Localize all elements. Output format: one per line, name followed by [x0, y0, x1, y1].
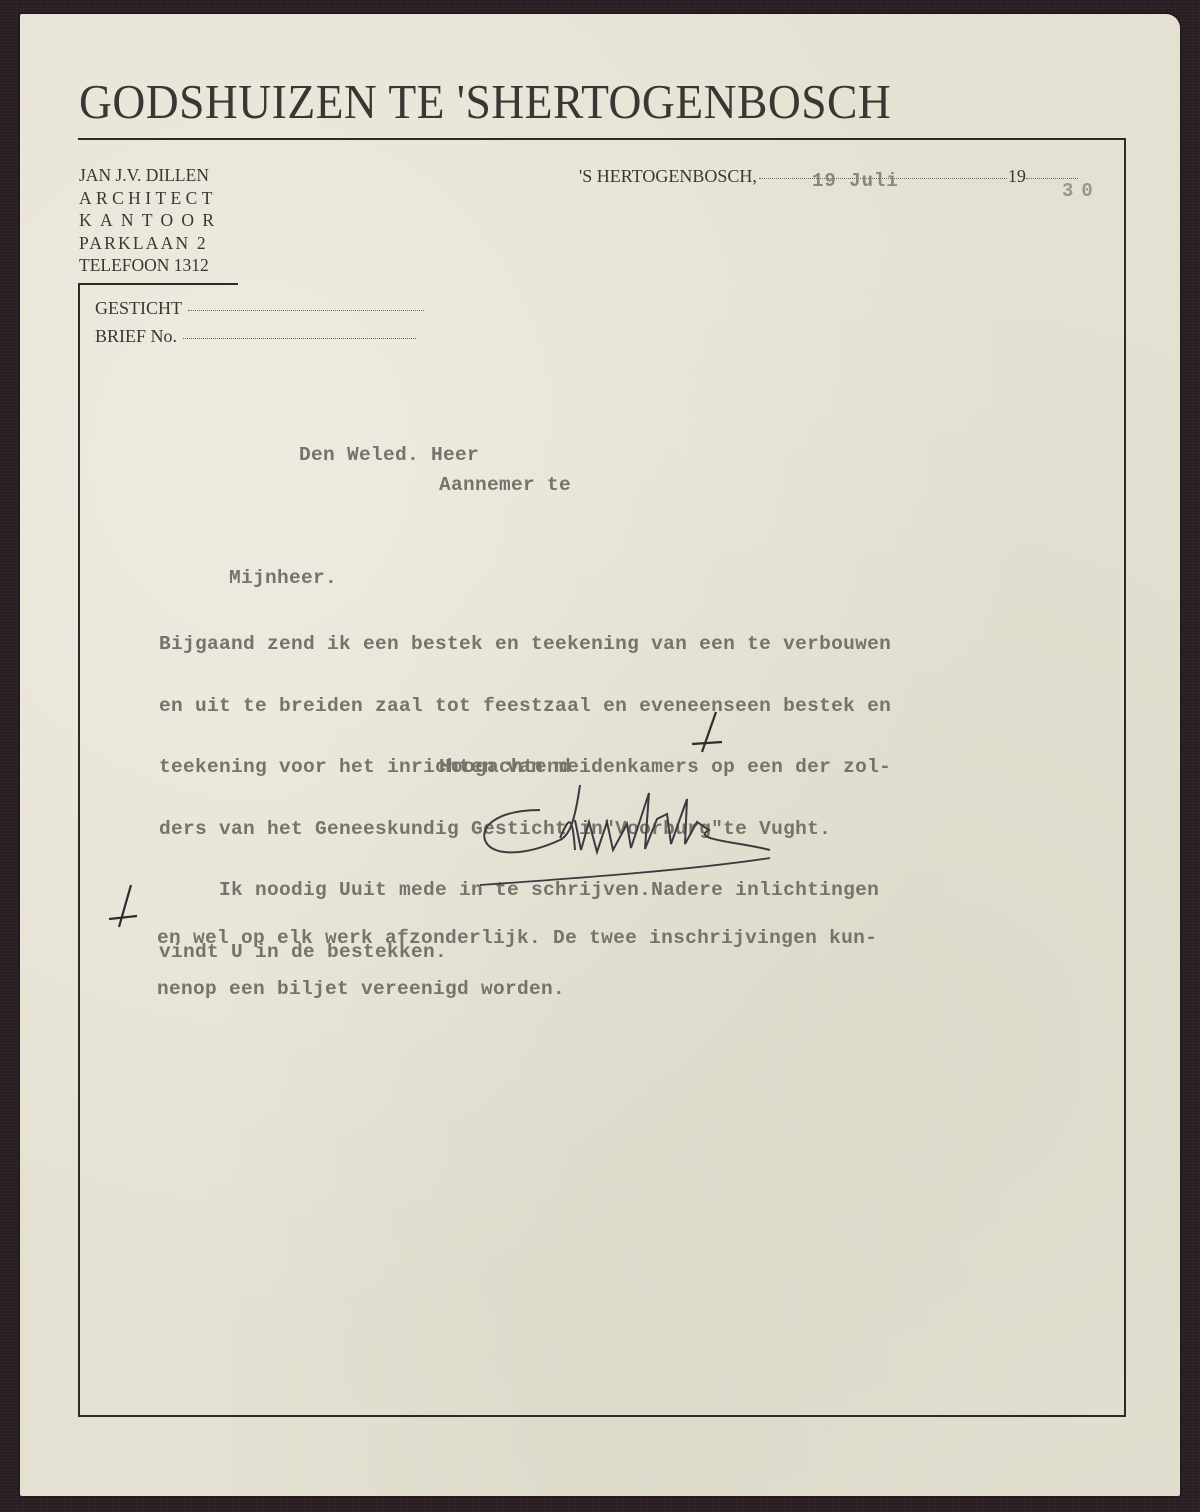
closing: Hoogachtend [439, 757, 571, 777]
frame-right-rule [1124, 138, 1126, 1417]
frame-left-rule [78, 283, 80, 1417]
frame-bottom-rule [78, 1415, 1126, 1417]
sender-role: ARCHITECT [79, 187, 222, 210]
recipient-line-1: Den Weled. Heer [299, 445, 479, 465]
postscript-line: nenop een biljet vereenigd worden. [157, 981, 877, 998]
brief-blank-line [183, 337, 416, 339]
place-label: 'S HERTOGENBOSCH, [579, 166, 757, 187]
year-prefix: 19 [1008, 166, 1026, 187]
year-blank-line [1026, 178, 1078, 179]
brief-number-field: BRIEF No. [95, 326, 416, 347]
brief-label: BRIEF No. [95, 326, 177, 347]
insertion-mark-icon [105, 883, 145, 933]
sender-street: PARKLAAN 2 [79, 232, 222, 255]
address-separator-rule [78, 283, 238, 285]
recipient-line-2: Aannemer te [439, 475, 571, 495]
typed-date: 19 Juli [812, 170, 899, 192]
gesticht-field: GESTICHT [95, 298, 424, 319]
sender-office: KANTOOR [79, 209, 222, 232]
insertion-mark-icon [688, 708, 728, 758]
postscript-line: en wel op elk werk afzonderlijk. De twee… [157, 930, 877, 947]
greeting: Mijnheer. [229, 568, 337, 588]
gesticht-blank-line [188, 309, 424, 311]
letterhead-title: GODSHUIZEN TE 'SHERTOGENBOSCH [79, 72, 1056, 132]
frame-top-rule [78, 138, 1126, 140]
typed-year-suffix: 30 [1062, 180, 1101, 202]
sender-phone: TELEFOON 1312 [79, 254, 222, 277]
handwritten-signature [460, 780, 790, 892]
body-line: en uit te breiden zaal tot feestzaal en … [159, 696, 891, 717]
postscript: en wel op elk werk afzonderlijk. De twee… [157, 896, 877, 1015]
sender-address-block: JAN J.V. DILLEN ARCHITECT KANTOOR PARKLA… [79, 164, 222, 277]
sender-name: JAN J.V. DILLEN [79, 164, 222, 187]
body-line: Bijgaand zend ik een bestek en teekening… [159, 634, 891, 655]
gesticht-label: GESTICHT [95, 298, 182, 319]
